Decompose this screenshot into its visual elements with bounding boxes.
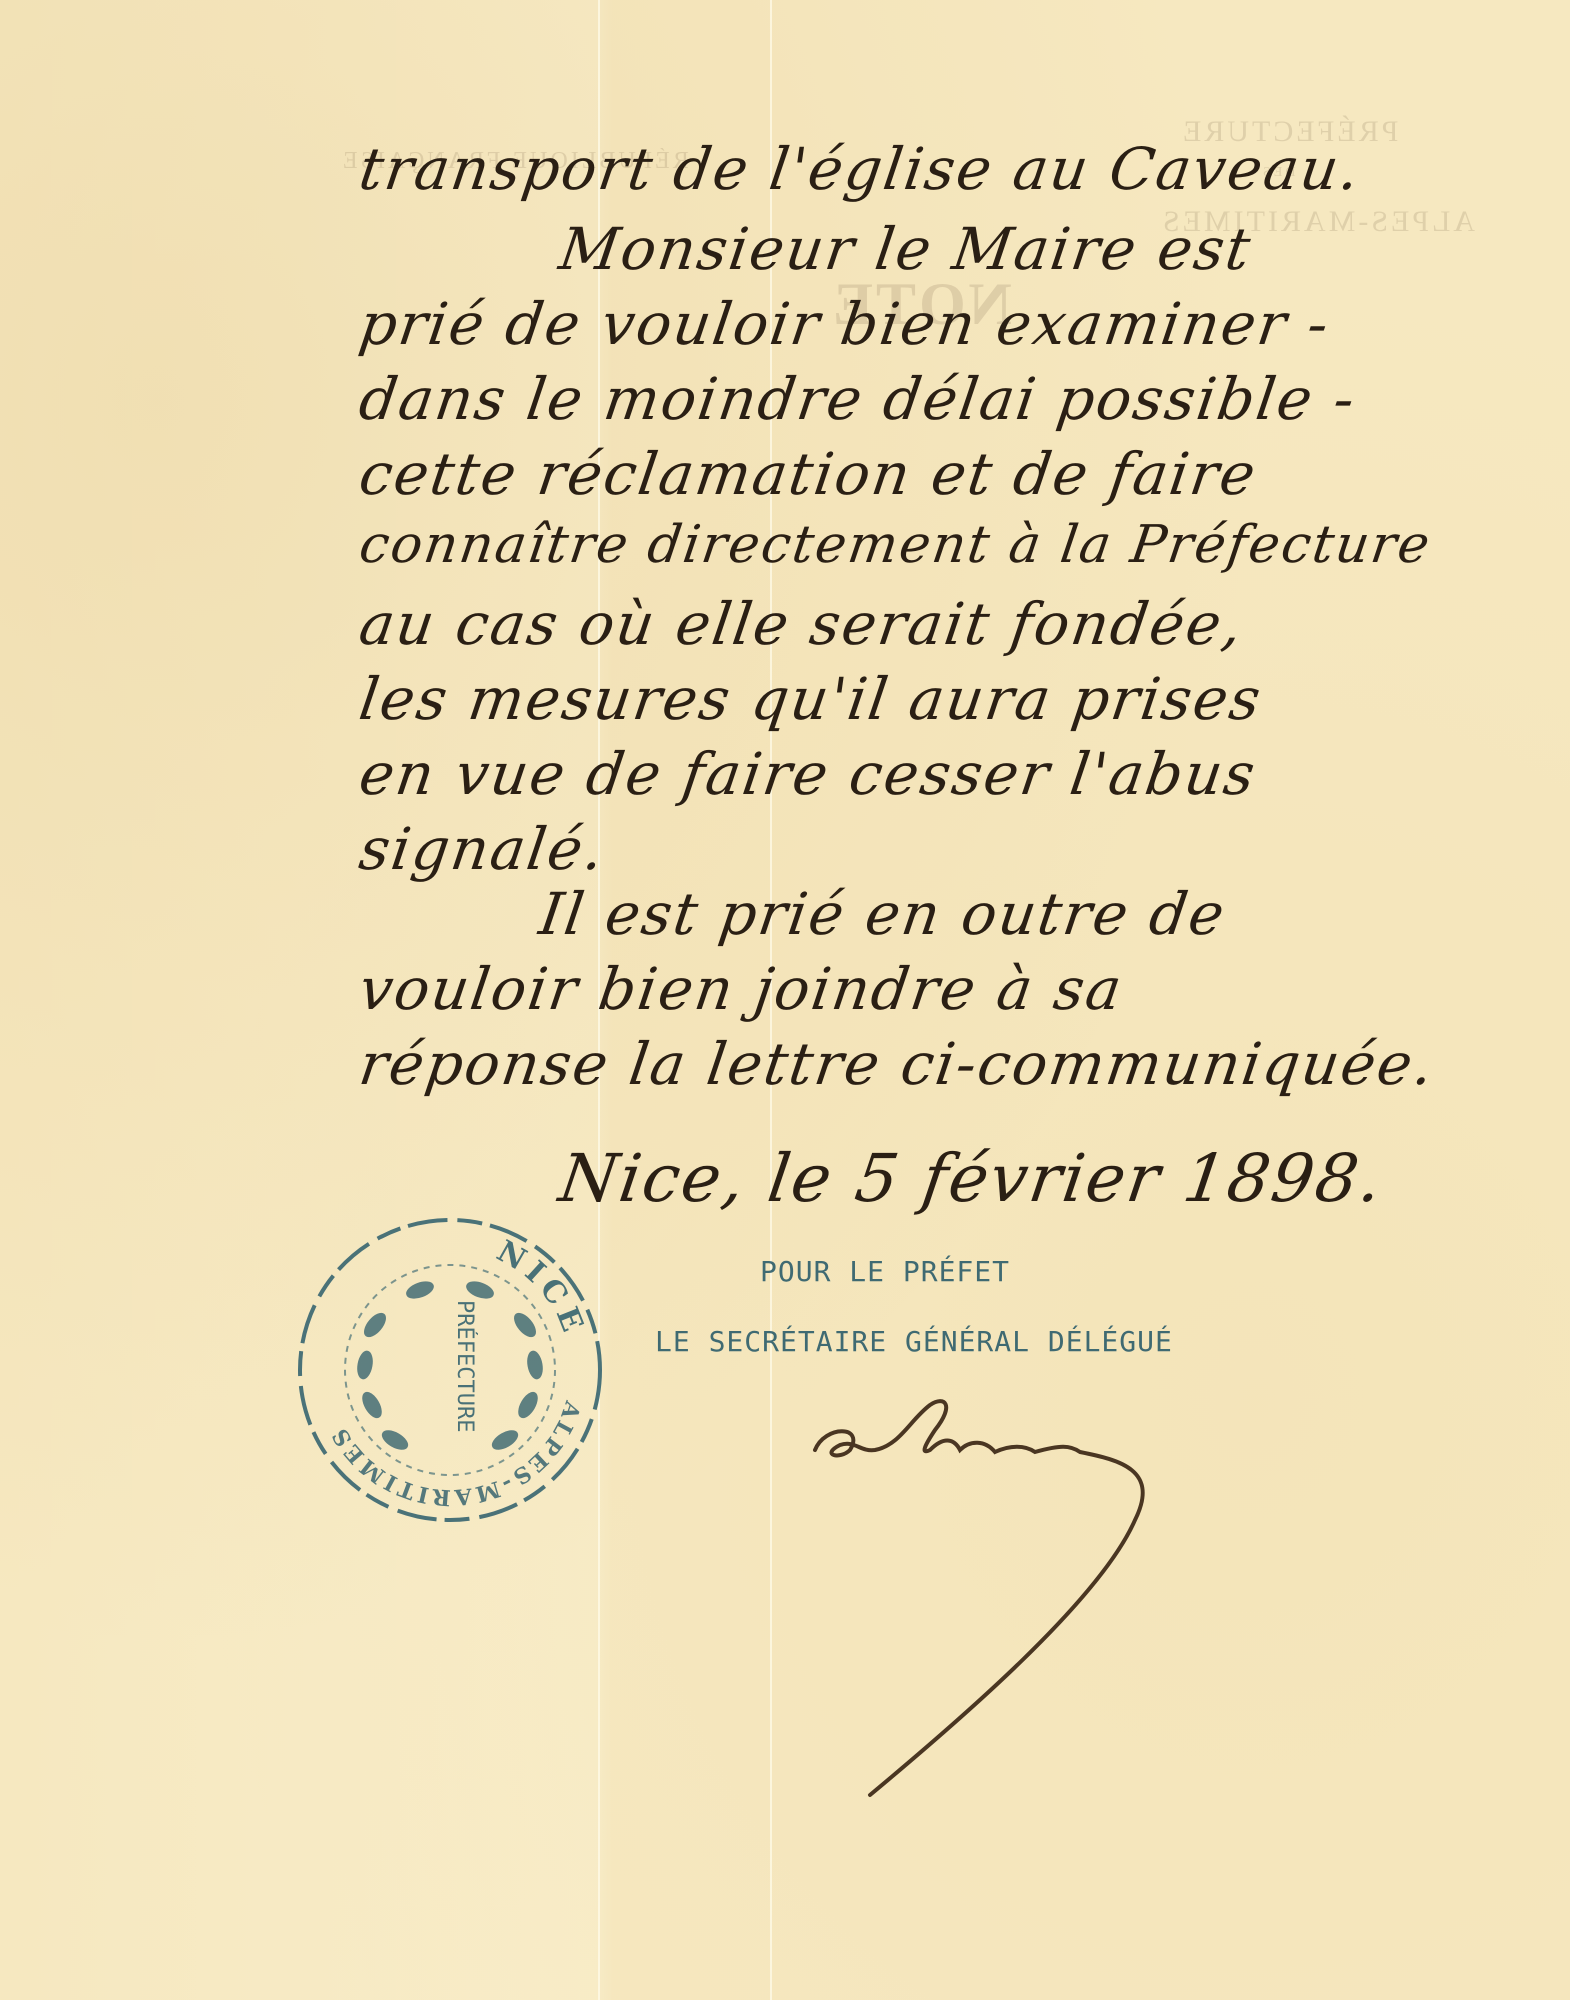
body-line: Il est prié en outre de xyxy=(535,880,1230,948)
signature-icon xyxy=(780,1390,1160,1810)
stamp-secretaire-general: LE SECRÉTAIRE GÉNÉRAL DÉLÉGUÉ xyxy=(655,1325,1173,1358)
signature xyxy=(780,1390,1160,1810)
body-line: vouloir bien joindre à sa xyxy=(355,955,1127,1023)
body-line: les mesures qu'il aura prises xyxy=(355,665,1266,733)
dateline: Nice, le 5 février 1898. xyxy=(555,1140,1389,1217)
body-line: réponse la lettre ci-communiquée. xyxy=(355,1030,1439,1098)
body-line: cette réclamation et de faire xyxy=(355,440,1261,508)
body-line: signalé. xyxy=(355,815,609,883)
seal-icon: NICE ALPES-MARITIMES PRÉFECTURE xyxy=(280,1205,620,1535)
stamp-pour-le-prefet: POUR LE PRÉFET xyxy=(760,1255,1010,1288)
body-line: prié de vouloir bien examiner - xyxy=(355,290,1334,358)
body-line: en vue de faire cesser l'abus xyxy=(355,740,1261,808)
body-line: transport de l'église au Caveau. xyxy=(355,135,1365,203)
body-line: au cas où elle serait fondée, xyxy=(355,590,1248,658)
body-line: dans le moindre délai possible - xyxy=(355,365,1360,433)
body-line: connaître directement à la Préfecture xyxy=(356,515,1435,575)
prefecture-seal: NICE ALPES-MARITIMES PRÉFECTURE xyxy=(280,1205,620,1535)
body-line: Monsieur le Maire est xyxy=(555,215,1256,283)
seal-text-prefecture: PRÉFECTURE xyxy=(452,1300,478,1432)
